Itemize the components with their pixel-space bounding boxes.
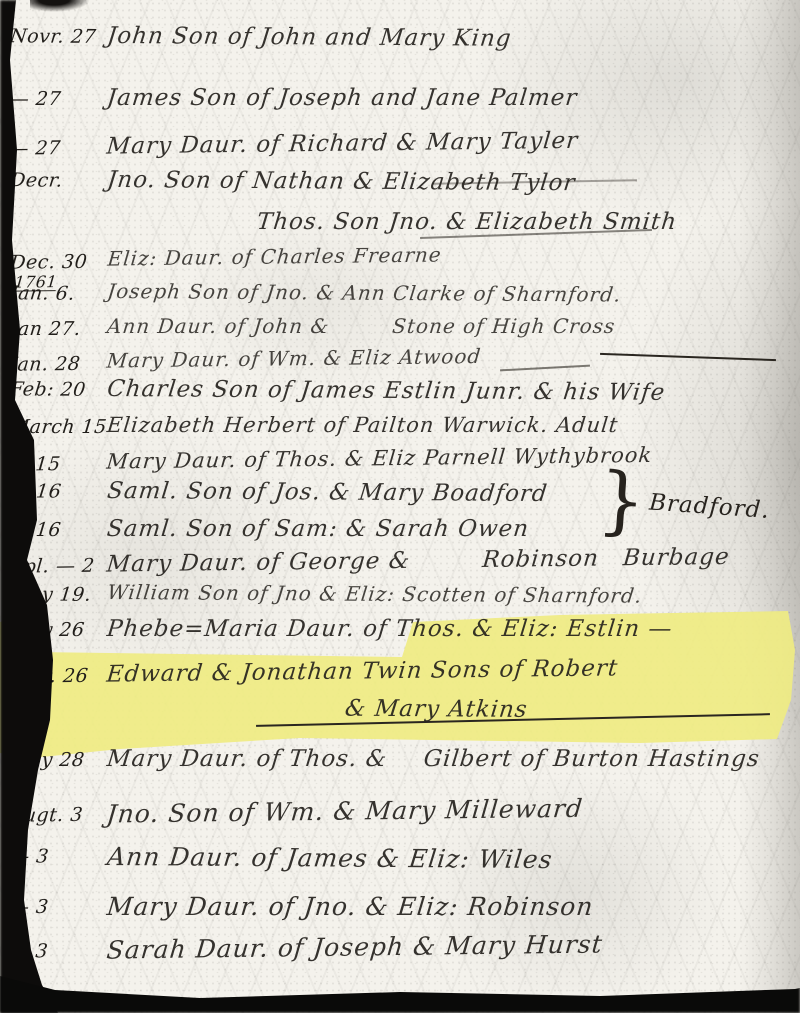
entry-date-cell: May 19. — [9, 581, 109, 605]
entry-date-cell: May. 26 — [9, 663, 108, 687]
entry-date-cell: Jan. 28 — [8, 351, 107, 375]
entry-date: Jan. 6. — [9, 284, 108, 304]
entry-date: May 19. — [9, 585, 108, 605]
entry-text: Ann Daur. of John & Stone of High Cross — [106, 316, 616, 337]
entry-date-cell: Feb: 20 — [9, 376, 109, 400]
entry-date-cell: May 28 — [9, 747, 108, 770]
register-entry: — 27 James Son of Joseph and Jane Palmer — [9, 86, 790, 110]
entry-text: Eliz: Daur. of Charles Frearne — [107, 244, 443, 269]
entry-date: — 15 — [8, 455, 107, 475]
entry-date-cell: Augt. 3 — [9, 802, 108, 826]
entry-text: Mary Daur. of Jno. & Eliz: Robinson — [106, 894, 595, 920]
register-entry: Novr. 27 John Son of John and Mary King — [9, 23, 789, 53]
entry-text: Mary Daur. of Wm. & Eliz Atwood — [106, 346, 483, 372]
register-entry: Thos. Son Jno. & Elizabeth Smith — [9, 210, 790, 234]
entry-date: — 27 — [9, 139, 108, 159]
register-entry: Jan 27. Ann Daur. of John & Stone of Hig… — [9, 316, 789, 339]
entry-text: William Son of Jno & Eliz: Scotten of Sh… — [106, 582, 643, 607]
entry-text: Elizabeth Herbert of Pailton Warwick. Ad… — [106, 414, 620, 436]
register-entry: Feb: 20 Charles Son of James Estlin Junr… — [9, 376, 789, 406]
register-entry: Jan. 6. Joseph Son of Jno. & Ann Clarke … — [9, 280, 789, 308]
entry-date: — 16 — [9, 521, 108, 540]
entry-text: Sarah Daur. of Joseph & Mary Hurst — [105, 932, 604, 964]
entry-date-cell: Apl. — 2 — [9, 553, 108, 577]
entry-date: Jan 27. — [9, 320, 108, 339]
entry-date: Dec. 30 — [9, 253, 108, 273]
register-page: Novr. 27 John Son of John and Mary King … — [0, 0, 800, 1013]
brace-annotation: } Bradford. — [596, 462, 773, 548]
entry-date: Apl. — 2 — [9, 557, 108, 577]
register-entry: & Mary Atkins — [9, 694, 789, 724]
entry-date-cell: Decr. — [9, 167, 109, 191]
entry-date-cell: — 16 — [9, 517, 108, 540]
entry-date-cell: — 3 — [9, 843, 109, 867]
entry-text: John Son of John and Mary King — [106, 24, 513, 51]
entry-date: Feb: 20 — [9, 380, 108, 400]
register-entry: — 3 Ann Daur. of James & Eliz: Wiles — [9, 843, 789, 875]
entry-text: Mary Daur. of Thos. & Eliz Parnell Wythy… — [106, 444, 654, 473]
register-entry: May. 26 Edward & Jonathan Twin Sons of R… — [8, 654, 789, 688]
entry-date-cell: March 15 — [9, 414, 108, 437]
entry-text: Jno. Son of Wm. & Mary Milleward — [105, 796, 584, 828]
register-entry: Augt. 3 Jno. Son of Wm. & Mary Milleward — [8, 793, 789, 829]
register-entry: Jan. 28 Mary Daur. of Wm. & Eliz Atwood — [8, 342, 789, 375]
register-entry: — 3 Sarah Daur. of Joseph & Mary Hurst — [8, 929, 789, 965]
entry-text: Saml. Son of Jos. & Mary Boadford — [106, 479, 549, 506]
entry-date: — 3 — [9, 942, 108, 962]
register-entry: May 28 Mary Daur. of Thos. & Gilbert of … — [9, 747, 790, 771]
entry-date-cell: May 26 — [9, 617, 108, 640]
entry-date: Augt. 3 — [9, 806, 108, 826]
register-entry: Decr. Jno. Son of Nathan & Elizabeth Tyl… — [9, 167, 789, 197]
register-entry: May 26 Phebe=Maria Daur. of Thos. & Eliz… — [9, 617, 790, 641]
entry-text: James Son of Joseph and Jane Palmer — [106, 86, 579, 110]
register-entry: — 3 Mary Daur. of Jno. & Eliz: Robinson — [9, 894, 790, 920]
entry-date-cell: Jan. 6. — [9, 280, 109, 304]
entry-date: May. 26 — [9, 667, 108, 687]
entry-text: Edward & Jonathan Twin Sons of Robert — [106, 656, 620, 686]
scan-speck-top — [30, 0, 90, 12]
entry-date-cell: Novr. 27 — [9, 23, 109, 47]
register-entry: March 15 Elizabeth Herbert of Pailton Wa… — [9, 414, 789, 437]
entry-date: May 26 — [9, 621, 108, 640]
entry-text: Charles Son of James Estlin Junr. & his … — [106, 377, 667, 405]
entry-date-cell: — 3 — [9, 894, 108, 917]
entry-date-cell: — 3 — [9, 938, 108, 962]
entry-date: — 3 — [9, 847, 108, 867]
entry-date: — 16 — [9, 482, 108, 502]
register-entry: May 19. William Son of Jno & Eliz: Scott… — [9, 581, 789, 609]
entry-date-cell: Jan 27. — [9, 316, 108, 339]
register-entry: Apl. — 2 Mary Daur. of George & Robinson… — [8, 544, 789, 578]
entry-date-cell: — 15 — [8, 451, 107, 475]
entry-text: Mary Daur. of George & Robinson Burbage — [106, 545, 731, 577]
entry-date-cell — [161, 210, 258, 214]
register-entry: — 27 Mary Daur. of Richard & Mary Tayler — [8, 126, 789, 160]
entry-text: Phebe=Maria Daur. of Thos. & Eliz: Estli… — [106, 617, 674, 641]
entry-date: — 3 — [9, 898, 108, 917]
entry-text: & Mary Atkins — [344, 697, 529, 722]
brace-surname-note: Bradford. — [648, 490, 770, 524]
entry-text: Saml. Son of Sam: & Sarah Owen — [106, 517, 531, 541]
entry-date: Jan. 28 — [8, 355, 107, 375]
entry-date: Novr. 27 — [9, 27, 108, 47]
entry-date: March 15 — [9, 418, 108, 437]
entry-date: Decr. — [9, 171, 108, 191]
entry-text: Mary Daur. of Thos. & Gilbert of Burton … — [106, 747, 761, 771]
entry-date-cell: — 27 — [9, 135, 108, 159]
entry-date — [249, 700, 346, 701]
entry-text: Joseph Son of Jno. & Ann Clarke of Sharn… — [106, 281, 622, 306]
brace-glyph: } — [596, 462, 648, 539]
entry-text: Mary Daur. of Richard & Mary Tayler — [106, 129, 580, 159]
entry-date-cell: — 27 — [9, 86, 108, 109]
entry-date: May 28 — [9, 751, 108, 770]
entry-date-cell — [249, 696, 346, 701]
entry-date-cell: — 16 — [9, 478, 109, 502]
entry-text: Ann Daur. of James & Eliz: Wiles — [106, 844, 554, 873]
entry-date: — 27 — [9, 90, 108, 109]
